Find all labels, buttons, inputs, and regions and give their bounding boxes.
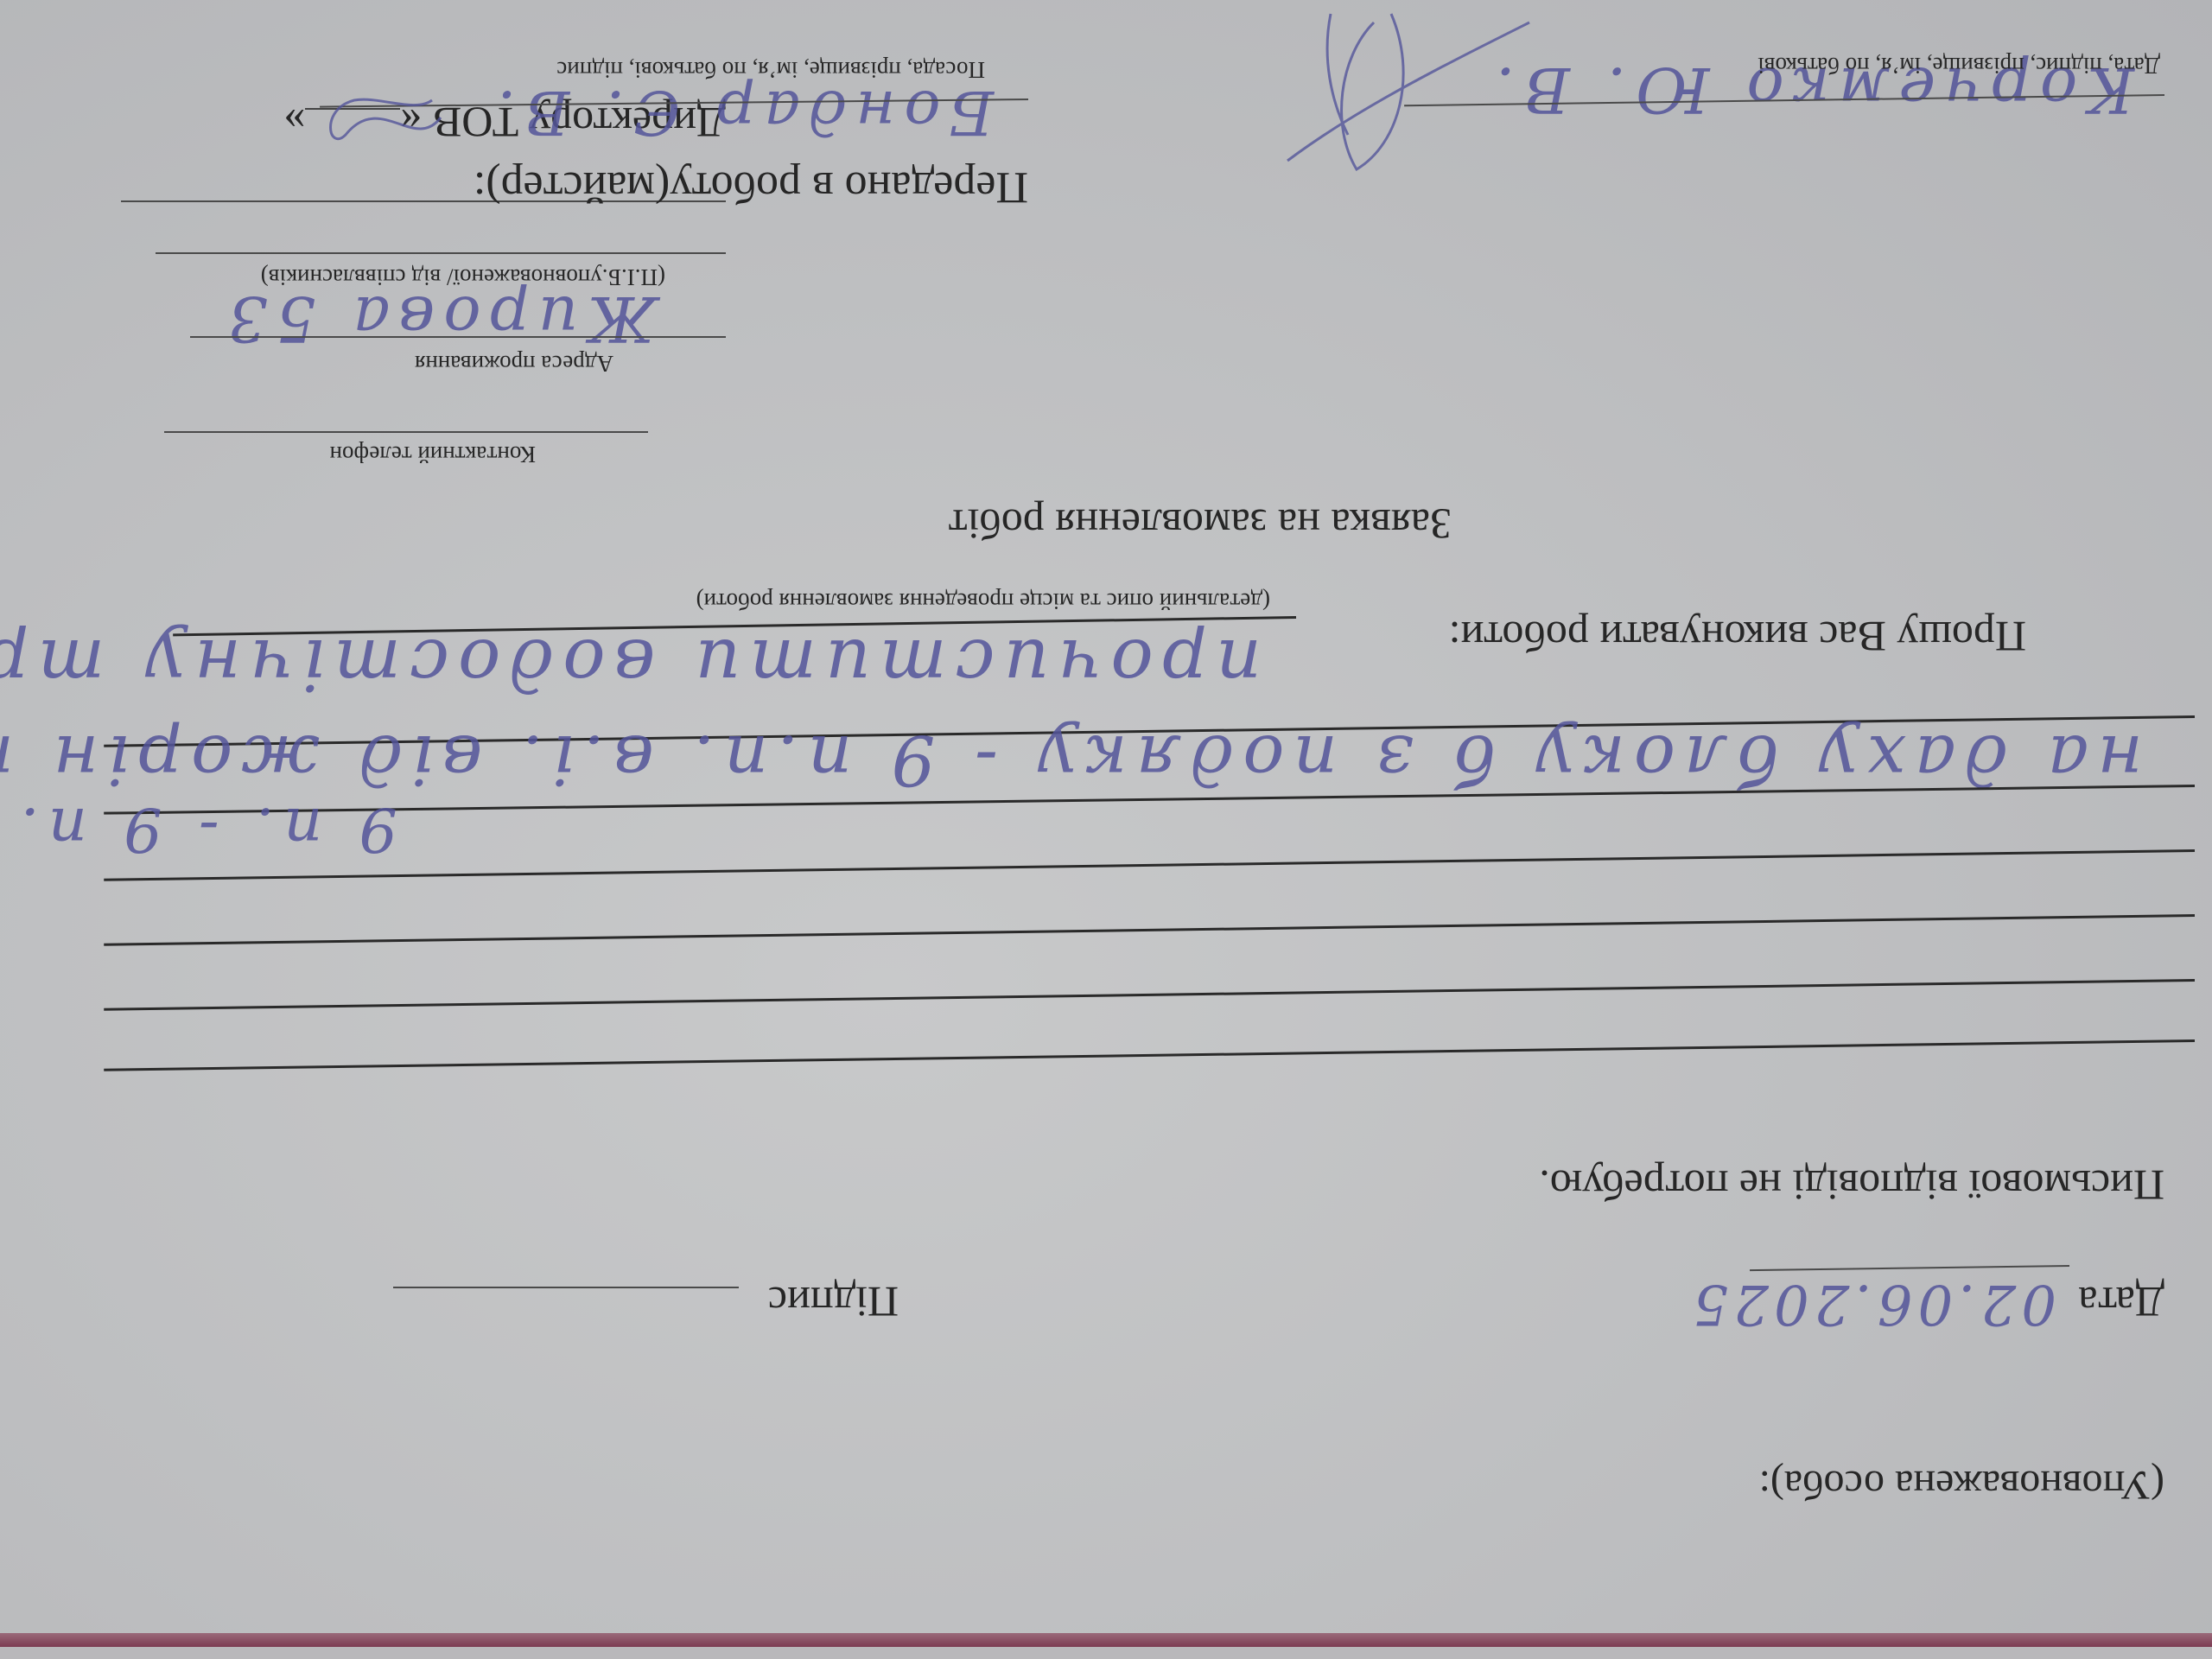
handwritten-master-name: Бондар Є. В. (488, 77, 994, 148)
request-line-5[interactable] (104, 914, 2195, 946)
authorized-person-caption: Дата, підпис, прізвище, ім’я, по батьков… (1758, 52, 2160, 79)
applicant-line[interactable] (156, 252, 726, 254)
request-line-7[interactable] (104, 1039, 2195, 1071)
no-reply-statement: Письмової відповіді не потребую. (1539, 1160, 2164, 1211)
authorized-person-label: (Уповноважена особа): (1759, 1461, 2165, 1509)
master-label: Передано в роботу(майстер): (474, 162, 1028, 213)
handwritten-request-1: прочистити водостічну трубу (0, 623, 1262, 705)
handwritten-address: Жирова 53 (219, 283, 657, 355)
master-caption: Посада, прізвище, ім’я, по батькові, під… (556, 56, 985, 83)
signature-label: Підпис (768, 1277, 899, 1327)
request-caption: (детальний опис та місце проведення замо… (696, 588, 1270, 614)
table-edge (0, 1633, 2212, 1647)
date-label: Дата (2078, 1277, 2164, 1327)
addressee-suffix: » (283, 99, 305, 147)
master-signature (311, 83, 449, 161)
date-line[interactable] (1750, 1265, 2069, 1271)
request-line-6[interactable] (104, 979, 2195, 1011)
address-caption: Адреса проживання (415, 350, 613, 377)
handwritten-request-3: 9 п. - 9 п. п. (0, 794, 397, 865)
signature-line[interactable] (393, 1287, 739, 1288)
request-line-4[interactable] (104, 849, 2195, 881)
phone-caption: Контактний телефон (330, 441, 536, 467)
photo-stage: Директору ТОВ «» (П.І.Б.уповноваженої/ в… (0, 0, 2212, 1659)
paper-sheet: Директору ТОВ «» (П.І.Б.уповноваженої/ в… (0, 0, 2212, 1647)
authorized-signature (1236, 5, 1547, 178)
date-value: 02.06.2025 (1688, 1272, 2056, 1336)
document-title: Заявка на замовлення робіт (949, 499, 1452, 550)
phone-line[interactable] (164, 431, 648, 433)
handwritten-request-2: на даху блоку б з подяку - 9 п.п. в.і. в… (0, 720, 2143, 800)
address-line[interactable] (190, 336, 726, 338)
request-label: Прошу Вас виконувати роботи: (1449, 612, 2026, 662)
